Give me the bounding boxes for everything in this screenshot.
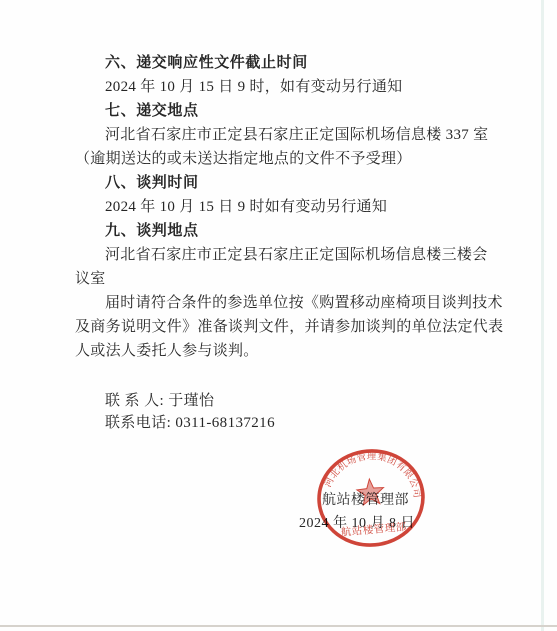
section-heading: 九、谈判地点: [75, 219, 515, 243]
contact-person-label: 联 系 人:: [105, 393, 168, 409]
paragraph-line: 议室: [75, 267, 515, 291]
signature-department: 航站楼管理部: [322, 489, 409, 509]
scan-edge-right: [541, 0, 544, 631]
contact-phone-number: 0311-68137216: [175, 415, 275, 431]
paragraph-line: 人或法人委托人参与谈判。: [75, 339, 515, 363]
paragraph-line: 河北省石家庄市正定县石家庄正定国际机场信息楼 337 室: [75, 123, 515, 147]
contact-phone-label: 联系电话:: [105, 415, 175, 431]
document-text: 六、递交响应性文件截止时间2024 年 10 月 15 日 9 时，如有变动另行…: [75, 51, 515, 363]
paragraph-line: 2024 年 10 月 15 日 9 时，如有变动另行通知: [75, 75, 515, 99]
contact-block: 联 系 人: 于瑾怡 联系电话: 0311-68137216: [105, 390, 275, 434]
contact-person-line: 联 系 人: 于瑾怡: [105, 390, 275, 412]
section-heading: 八、谈判时间: [75, 171, 515, 195]
paragraph-line: 届时请符合条件的参选单位按《购置移动座椅项目谈判技术: [75, 291, 515, 315]
section-heading: 六、递交响应性文件截止时间: [75, 51, 515, 75]
contact-person-name: 于瑾怡: [168, 393, 214, 409]
section-heading: 七、递交地点: [75, 99, 515, 123]
signature-date: 2024 年 10 月 8 日: [299, 512, 415, 532]
paragraph-line: 2024 年 10 月 15 日 9 时如有变动另行通知: [75, 195, 515, 219]
contact-phone-line: 联系电话: 0311-68137216: [105, 412, 275, 434]
paragraph-line: 河北省石家庄市正定县石家庄正定国际机场信息楼三楼会: [75, 243, 515, 267]
paragraph-line: （逾期送达的或未送达指定地点的文件不予受理）: [75, 147, 515, 171]
document-page: 六、递交响应性文件截止时间2024 年 10 月 15 日 9 时，如有变动另行…: [0, 0, 557, 631]
paragraph-line: 及商务说明文件》准备谈判文件，并请参加谈判的单位法定代表: [75, 315, 515, 339]
scan-edge-bottom: [0, 625, 557, 627]
